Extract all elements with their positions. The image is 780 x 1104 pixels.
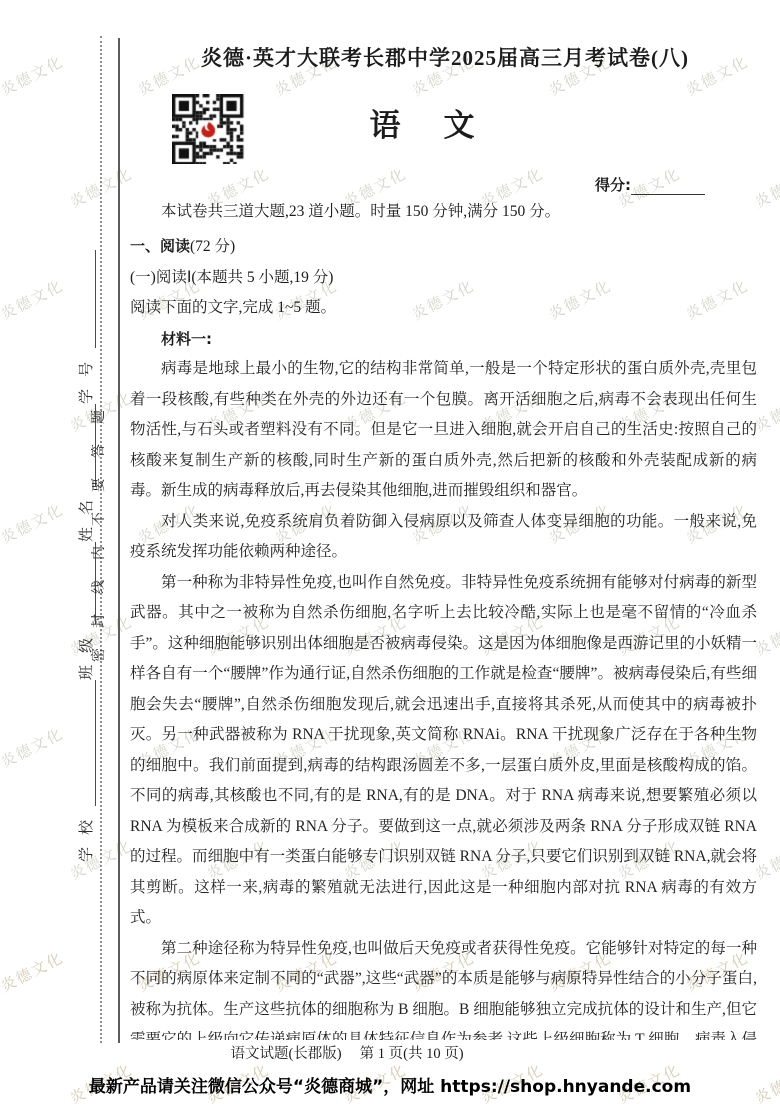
section-heading-score: (72 分) — [190, 238, 235, 255]
paragraph: 病毒是地球上最小的生物,它的结构非常简单,一般是一个特定形状的蛋白质外壳,壳里包… — [130, 354, 757, 507]
footer-paper-name: 语文试题(长郡版) — [230, 1046, 341, 1062]
content-border-line — [118, 38, 120, 1043]
subsection-heading: (一)阅读Ⅰ(本题共 5 小题,19 分) — [130, 263, 757, 294]
watermark: 炎德文化 — [0, 51, 67, 101]
score-label: 得分: — [595, 174, 631, 195]
footer-page-number: 第 1 页(共 10 页) — [360, 1046, 464, 1062]
paragraph: 第一种称为非特异性免疫,也叫作自然免疫。非特异性免疫系统拥有能够对付病毒的新型武… — [130, 568, 757, 934]
reading-instruction: 阅读下面的文字,完成 1~5 题。 — [130, 293, 757, 324]
subject-title: 语 文 — [125, 100, 725, 145]
watermark: 炎德文化 — [0, 947, 67, 997]
score-field: 得分: — [595, 174, 705, 195]
paragraph: 对人类来说,免疫系统肩负着防御入侵病原以及筛查人体变异细胞的功能。一般来说,免疫… — [130, 507, 757, 568]
score-blank-line — [631, 178, 705, 196]
exam-content: 一、阅读(72 分) (一)阅读Ⅰ(本题共 5 小题,19 分) 阅读下面的文字… — [130, 231, 757, 1040]
exam-title: 炎德·英才大联考长郡中学2025届高三月考试卷(八) — [125, 42, 765, 72]
seal-line-text: 密封线内不要答题 — [88, 362, 108, 662]
blank-line — [78, 250, 96, 348]
exam-instructions: 本试卷共三道大题,23 道小题。时量 150 分钟,满分 150 分。 — [130, 199, 757, 221]
promo-banner: 最新产品请关注微信公众号“炎德商城”，网址 https://shop.hnyan… — [0, 1072, 780, 1097]
section-heading-label: 一、阅读 — [130, 237, 190, 255]
blank-line — [78, 680, 96, 806]
exam-paper-page: 炎德文化炎德文化炎德文化炎德文化炎德文化炎德文化炎德文化炎德文化炎德文化炎德文化… — [0, 0, 780, 1104]
section-heading: 一、阅读(72 分) — [130, 231, 757, 263]
school-field: 学校 — [75, 680, 96, 862]
school-field-label: 学校 — [75, 808, 96, 862]
watermark: 炎德文化 — [0, 275, 67, 325]
page-footer: 语文试题(长郡版)第 1 页(共 10 页) — [97, 1042, 597, 1063]
watermark: 炎德文化 — [0, 723, 67, 773]
paragraph: 第二种途径称为特异性免疫,也叫做后天免疫或者获得性免疫。它能够针对特定的每一种不… — [130, 934, 757, 1041]
material-one-label: 材料一: — [130, 324, 757, 355]
watermark: 炎德文化 — [0, 499, 67, 549]
